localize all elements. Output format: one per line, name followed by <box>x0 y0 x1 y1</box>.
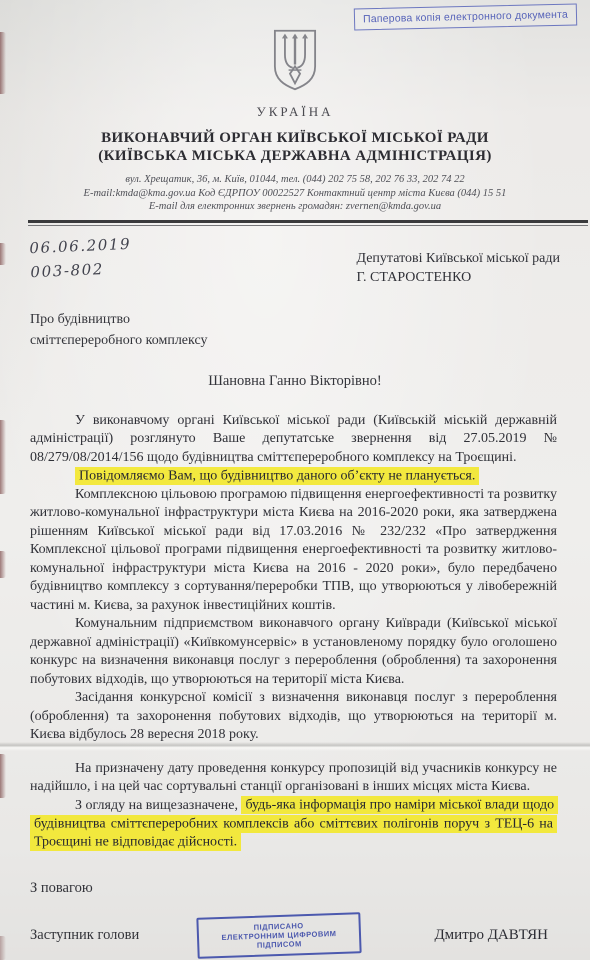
subject-line1: Про будівництво <box>30 309 590 330</box>
signature-row: Заступник голови ПІДПИСАНО ЕЛЕКТРОННИМ Ц… <box>0 915 590 956</box>
paper-fold-crease <box>0 742 590 751</box>
scanned-letter-page: Паперова копія електронного документа УК… <box>0 0 590 960</box>
subject-block: Про будівництво сміттєпереробного компле… <box>30 309 590 351</box>
scan-edge-artifact <box>0 936 6 960</box>
country-title: УКРАЇНА <box>0 104 590 120</box>
contact-address-line: вул. Хрещатик, 36, м. Київ, 01044, тел. … <box>0 173 590 187</box>
recipient-block: Депутатові Київської міської ради Г. СТА… <box>357 249 561 287</box>
letterhead-contacts: вул. Хрещатик, 36, м. Київ, 01044, тел. … <box>0 173 590 214</box>
electronic-signature-stamp: ПІДПИСАНО ЕЛЕКТРОННИМ ЦИФРОВИМ ПІДПИСОМ <box>197 912 362 959</box>
paragraph-conclusion: З огляду на вищезазначене, будь-яка інфо… <box>30 797 557 853</box>
signer-name: Дмитро ДАВТЯН <box>434 927 548 944</box>
closing-regards: З повагою <box>30 880 590 897</box>
paragraph-commission-meeting: Засідання конкурсної комісії з визначенн… <box>30 689 557 745</box>
organization-name-line1: ВИКОНАВЧИЙ ОРГАН КИЇВСЬКОЇ МІСЬКОЇ РАДИ <box>0 130 590 148</box>
paragraph-no-proposals: На призначену дату проведення конкурсу п… <box>30 760 557 797</box>
paper-copy-stamp-label: Паперова копія електронного документа <box>363 9 568 26</box>
organization-name-line2: (КИЇВСЬКА МІСЬКА ДЕРЖАВНА АДМІНІСТРАЦІЯ) <box>0 148 590 166</box>
handwritten-date: 06.06.2019 <box>29 231 132 259</box>
ukraine-trident-icon <box>267 28 323 97</box>
letterhead-divider <box>28 220 588 226</box>
subject-line2: сміттєпереробного комплексу <box>30 330 590 351</box>
salutation: Шановна Ганно Вікторівно! <box>0 373 590 390</box>
conclusion-lead: З огляду на вищезазначене, <box>75 798 241 813</box>
scan-edge-artifact <box>0 243 6 265</box>
letter-body: У виконавчому органі Київської міської р… <box>30 412 557 853</box>
paragraph-appeal-review: У виконавчому органі Київської міської р… <box>30 412 557 468</box>
scan-edge-artifact <box>0 420 6 494</box>
highlight-not-planned: Повідомляємо Вам, що будівництво даного … <box>75 467 479 485</box>
organization-name: ВИКОНАВЧИЙ ОРГАН КИЇВСЬКОЇ МІСЬКОЇ РАДИ … <box>0 130 590 165</box>
scan-edge-artifact <box>0 551 6 578</box>
letterhead: УКРАЇНА ВИКОНАВЧИЙ ОРГАН КИЇВСЬКОЇ МІСЬК… <box>0 0 590 226</box>
recipient-title: Депутатові Київської міської ради <box>357 249 561 268</box>
handwritten-reference: 06.06.2019 003-802 <box>29 231 133 288</box>
paragraph-highlighted-statement: Повідомляємо Вам, що будівництво даного … <box>30 467 557 486</box>
paragraph-tender-announced: Комунальним підприємством виконавчого ор… <box>30 615 557 689</box>
paragraph-program: Комплексною цільовою програмою підвищенн… <box>30 486 557 616</box>
contact-email-line: E-mail:kmda@kma.gov.ua Код ЄДРПОУ 000225… <box>0 187 590 201</box>
reference-recipient-row: 06.06.2019 003-802 Депутатові Київської … <box>0 234 590 287</box>
contact-appeals-line: E-mail для електронних звернень громадян… <box>0 200 590 214</box>
recipient-name: Г. СТАРОСТЕНКО <box>357 268 561 287</box>
signer-position: Заступник голови <box>30 927 139 944</box>
scan-edge-artifact <box>0 754 6 798</box>
handwritten-number: 003-802 <box>30 255 133 283</box>
scan-edge-artifact <box>0 32 6 94</box>
